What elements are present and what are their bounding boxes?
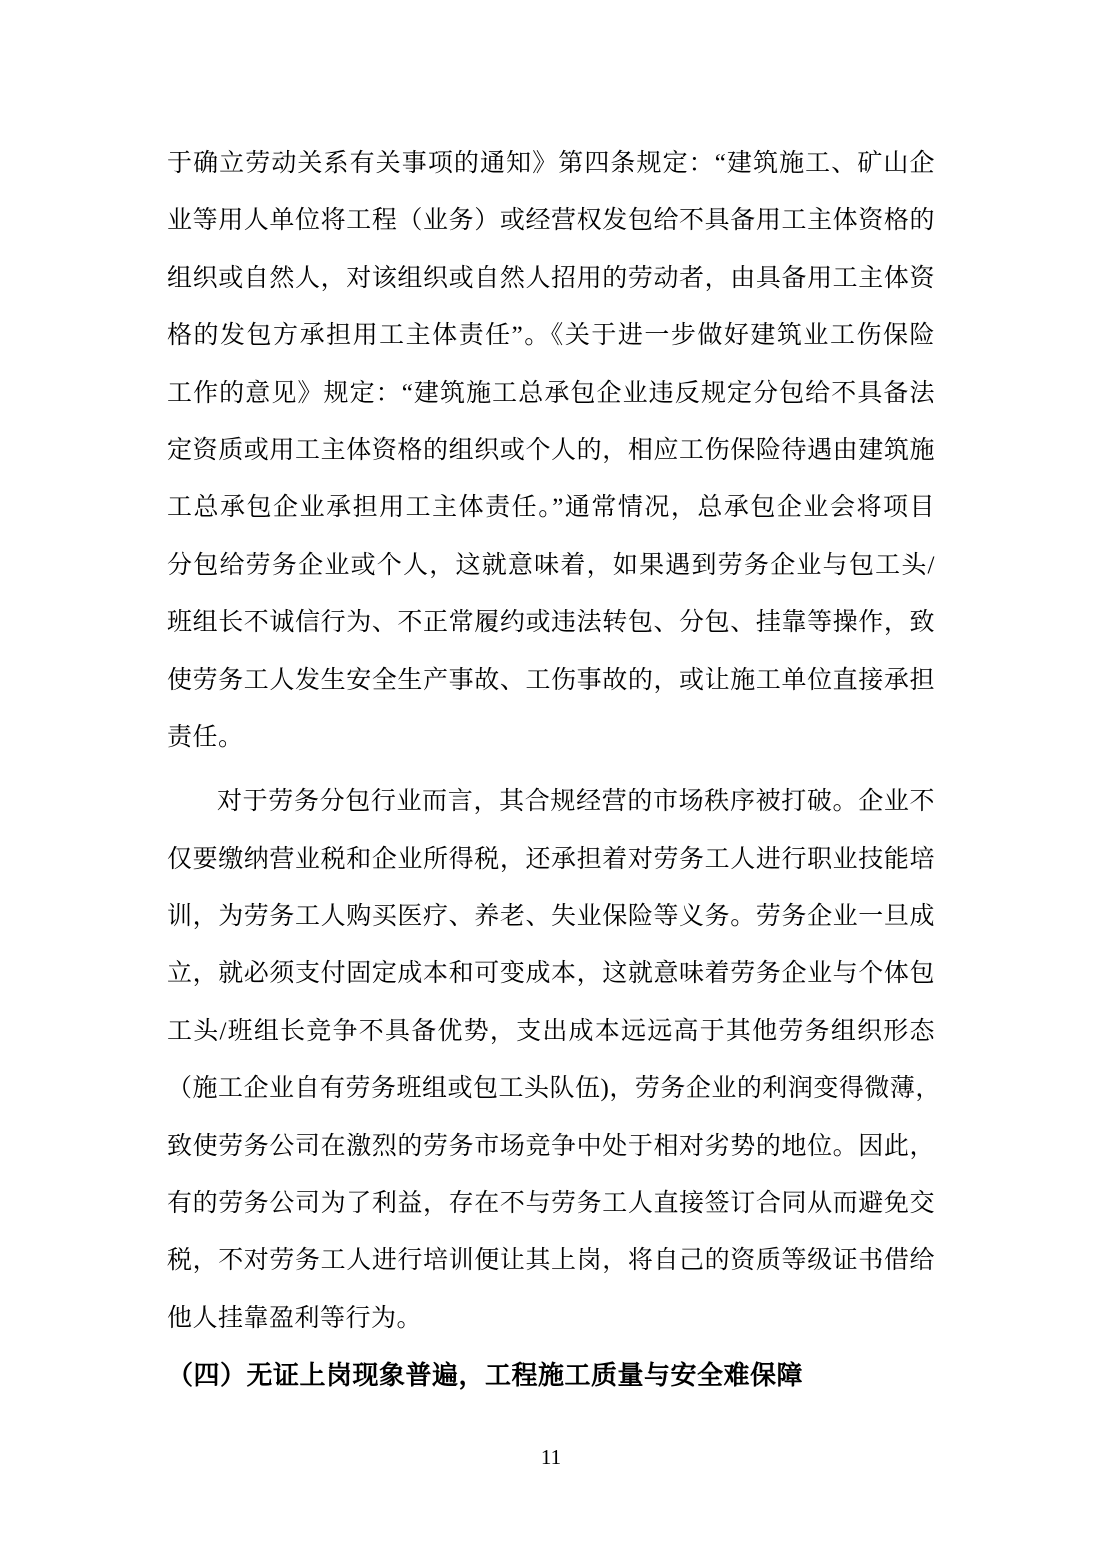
text-line: 业等用人单位将工程（业务）或经营权发包给不具备用工主体资格的 (167, 192, 935, 249)
text-line: （施工企业自有劳务班组或包工头队伍)，劳务企业的利润变得微薄， (167, 1060, 935, 1117)
document-page: 于确立劳动关系有关事项的通知》第四条规定：“建筑施工、矿山企业等用人单位将工程（… (0, 0, 1102, 1559)
text-line: 分包给劳务企业或个人，这就意味着，如果遇到劳务企业与包工头/ (167, 537, 935, 594)
text-line: 于确立劳动关系有关事项的通知》第四条规定：“建筑施工、矿山企 (167, 135, 935, 192)
text-line: 班组长不诚信行为、不正常履约或违法转包、分包、挂靠等操作，致 (167, 594, 935, 651)
text-line: 责任。 (167, 709, 935, 766)
section-heading: （四）无证上岗现象普遍，工程施工质量与安全难保障 (167, 1347, 935, 1404)
text-line: 组织或自然人，对该组织或自然人招用的劳动者，由具备用工主体资 (167, 250, 935, 307)
text-line: 使劳务工人发生安全生产事故、工伤事故的，或让施工单位直接承担 (167, 652, 935, 709)
text-line: 仅要缴纳营业税和企业所得税，还承担着对劳务工人进行职业技能培 (167, 831, 935, 888)
text-line: 对于劳务分包行业而言，其合规经营的市场秩序被打破。企业不 (167, 773, 935, 830)
page-number: 11 (0, 1444, 1102, 1470)
text-line: 工总承包企业承担用工主体责任。”通常情况，总承包企业会将项目 (167, 479, 935, 536)
text-line: 有的劳务公司为了利益，存在不与劳务工人直接签订合同从而避免交 (167, 1175, 935, 1232)
text-line: 工作的意见》规定：“建筑施工总承包企业违反规定分包给不具备法 (167, 365, 935, 422)
text-line: 格的发包方承担用工主体责任”。《关于进一步做好建筑业工伤保险 (167, 307, 935, 364)
text-line: 他人挂靠盈利等行为。 (167, 1290, 935, 1347)
text-line: 税，不对劳务工人进行培训便让其上岗，将自己的资质等级证书借给 (167, 1232, 935, 1289)
text-line: 训，为劳务工人购买医疗、养老、失业保险等义务。劳务企业一旦成 (167, 888, 935, 945)
document-body: 于确立劳动关系有关事项的通知》第四条规定：“建筑施工、矿山企业等用人单位将工程（… (167, 135, 935, 1405)
text-line: 定资质或用工主体资格的组织或个人的，相应工伤保险待遇由建筑施 (167, 422, 935, 479)
text-line: 工头/班组长竞争不具备优势，支出成本远远高于其他劳务组织形态 (167, 1003, 935, 1060)
text-line: 立，就必须支付固定成本和可变成本，这就意味着劳务企业与个体包 (167, 945, 935, 1002)
text-line: 致使劳务公司在激烈的劳务市场竞争中处于相对劣势的地位。因此， (167, 1118, 935, 1175)
